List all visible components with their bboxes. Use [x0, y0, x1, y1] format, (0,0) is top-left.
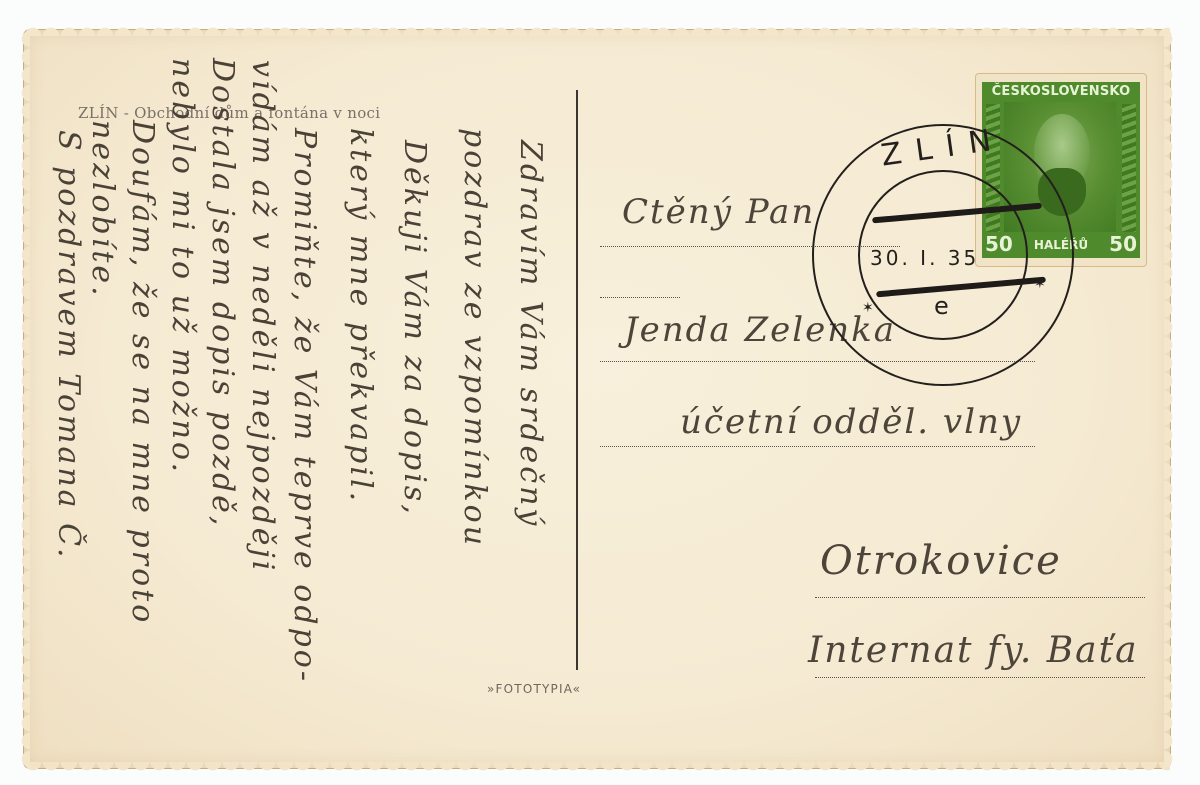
message-line-4: který mne překvapil. — [343, 128, 378, 504]
stamp-country: ČESKOSLOVENSKO — [982, 84, 1140, 99]
address-rule-1 — [600, 246, 900, 247]
scalloped-edge-bottom — [24, 762, 1170, 774]
address-salutation: Ctěný Pan — [622, 192, 815, 232]
message-line-2: pozdrav ze vzpomínkou — [457, 128, 492, 548]
message-line-6: vídám až v neděli nejpozději — [245, 60, 280, 573]
stamp-value-right: 50 — [1109, 232, 1137, 256]
scalloped-edge-top — [24, 24, 1170, 36]
address-rule-3 — [600, 446, 1035, 447]
scalloped-edge-left — [18, 30, 30, 768]
message-line-9: Doufám, že se na mne proto — [125, 120, 160, 625]
address-building: Internat fy. Baťa — [808, 630, 1139, 671]
laurel-left-icon — [986, 104, 1000, 232]
message-line-7: Dostala jsem dopis pozdě, — [205, 58, 240, 528]
scalloped-edge-right — [1164, 30, 1176, 768]
address-rule-2 — [600, 361, 1035, 362]
divider-line — [576, 90, 578, 670]
laurel-right-icon — [1122, 104, 1136, 232]
address-recipient: Jenda Zelenka — [624, 310, 896, 350]
publisher-mark: »FOTOTYPIA« — [487, 682, 581, 696]
portrait-icon — [1004, 102, 1116, 232]
message-line-5: Promiňte, že Vám teprve odpo- — [287, 128, 322, 684]
message-line-3: Děkuji Vám za dopis, — [397, 140, 432, 517]
message-line-8: nebylo mi to už možno. — [165, 58, 200, 475]
postage-stamp: ČESKOSLOVENSKO 50 HALÉŘŮ 50 — [976, 74, 1146, 266]
message-signature: S pozdravem Tomana Č. — [51, 130, 86, 561]
address-rule-1b — [600, 297, 680, 298]
address-department: účetní odděl. vlny — [680, 402, 1022, 442]
address-city: Otrokovice — [820, 538, 1062, 584]
address-rule-5 — [815, 677, 1145, 678]
message-line-10: nezlobíte. — [85, 120, 120, 299]
address-rule-4 — [815, 597, 1145, 598]
message-line-1: Zdravím Vám srdečný — [513, 140, 548, 528]
